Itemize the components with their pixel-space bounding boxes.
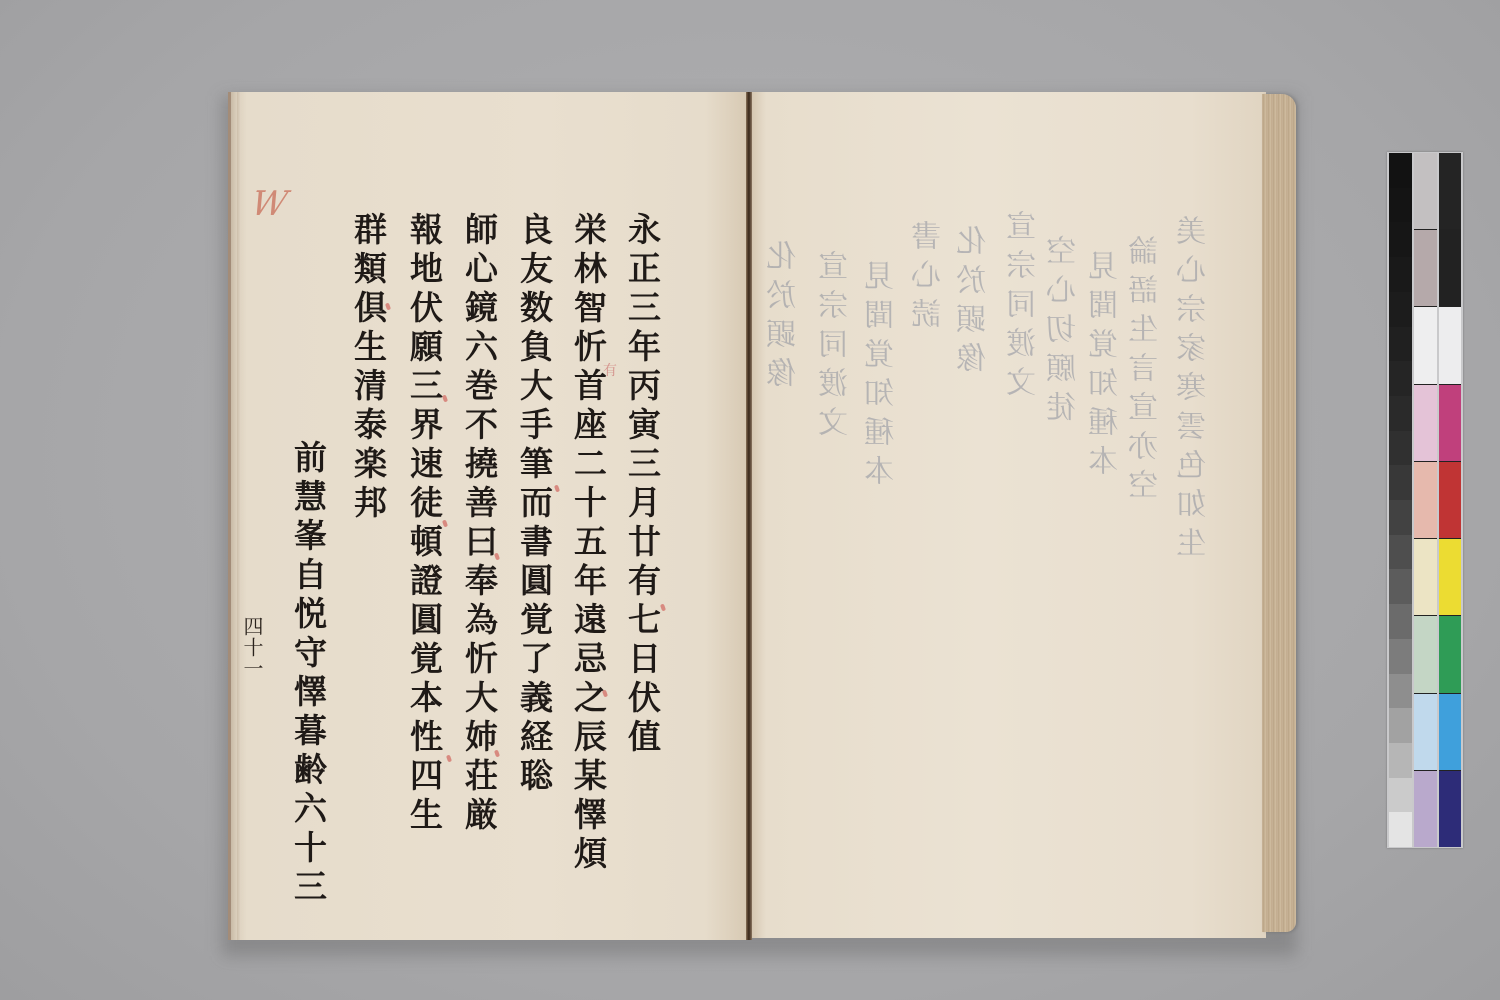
gray-swatch — [1389, 292, 1412, 327]
strong-color-swatch — [1439, 771, 1461, 847]
gray-swatch — [1389, 465, 1412, 500]
grayscale-strip — [1389, 153, 1412, 847]
text-column-5: 報地伏願三界速徒頓證圓覚本性四生 — [408, 212, 441, 836]
bleed-through-column: 宣宗同渡文 — [1010, 210, 1040, 405]
margin-mark: W — [248, 184, 290, 224]
text-column-2: 栄林智忻首座二十五年遠忌之辰某懌煩 — [572, 212, 605, 875]
bleed-through-column: 論語生言宣亦空 — [1132, 235, 1162, 508]
text-column-3: 良友数負大手筆而書圓覚了義経聡 — [518, 212, 551, 797]
gray-swatch — [1389, 396, 1412, 431]
gray-swatch — [1389, 431, 1412, 466]
light-color-swatch — [1414, 307, 1436, 383]
bleed-through-column: 化於顕像 — [960, 225, 990, 381]
text-column-6: 群類倶生清泰楽邦 — [352, 212, 385, 524]
gray-swatch — [1389, 153, 1412, 188]
gray-swatch — [1389, 361, 1412, 396]
gray-swatch — [1389, 778, 1412, 813]
light-color-swatch — [1414, 771, 1436, 847]
page-fore-edge — [1262, 94, 1296, 932]
text-column-1: 永正三年丙寅三月廿有七日伏值 — [626, 212, 659, 758]
bleed-through-column: 美心宗家寒雲色如生 — [1180, 215, 1210, 566]
gray-swatch — [1389, 222, 1412, 257]
bleed-through-column: 化於顕像 — [770, 240, 800, 396]
light-color-swatch — [1414, 385, 1436, 461]
gray-swatch — [1389, 812, 1412, 847]
gray-swatch — [1389, 500, 1412, 535]
bleed-through-column: 見聞覚知種本 — [1092, 250, 1122, 484]
page-number: 四十一 — [238, 616, 267, 679]
bleed-through-column: 見聞覚知種本 — [868, 260, 898, 494]
strong-color-swatch — [1439, 307, 1461, 383]
gray-swatch — [1389, 535, 1412, 570]
gray-swatch — [1389, 604, 1412, 639]
gray-swatch — [1389, 327, 1412, 362]
light-color-swatch — [1414, 539, 1436, 615]
light-color-swatch — [1414, 694, 1436, 770]
color-calibration-chart — [1387, 152, 1463, 848]
gray-swatch — [1389, 708, 1412, 743]
strong-color-swatch — [1439, 616, 1461, 692]
light-color-strip — [1414, 153, 1436, 847]
text-column-4: 師心鏡六巻不撓善曰奉為忻大姉荘厳 — [463, 212, 496, 836]
gray-swatch — [1389, 743, 1412, 778]
strong-color-swatch — [1439, 230, 1461, 306]
gray-swatch — [1389, 257, 1412, 292]
bleed-through-column: 空心切願徒 — [1050, 235, 1080, 430]
gray-swatch — [1389, 639, 1412, 674]
light-color-swatch — [1414, 153, 1436, 229]
strong-color-strip — [1439, 153, 1461, 847]
strong-color-swatch — [1439, 694, 1461, 770]
strong-color-swatch — [1439, 153, 1461, 229]
strong-color-swatch — [1439, 385, 1461, 461]
light-color-swatch — [1414, 462, 1436, 538]
gray-swatch — [1389, 569, 1412, 604]
strong-color-swatch — [1439, 539, 1461, 615]
gray-swatch — [1389, 674, 1412, 709]
bleed-through-column: 宣宗同渡文 — [822, 250, 852, 445]
light-color-swatch — [1414, 616, 1436, 692]
light-color-swatch — [1414, 230, 1436, 306]
strong-color-swatch — [1439, 462, 1461, 538]
gray-swatch — [1389, 188, 1412, 223]
bleed-through-column: 書心読 — [915, 220, 945, 337]
signature-column: 前慧峯自悦守懌暮齢六十三 — [292, 440, 325, 908]
